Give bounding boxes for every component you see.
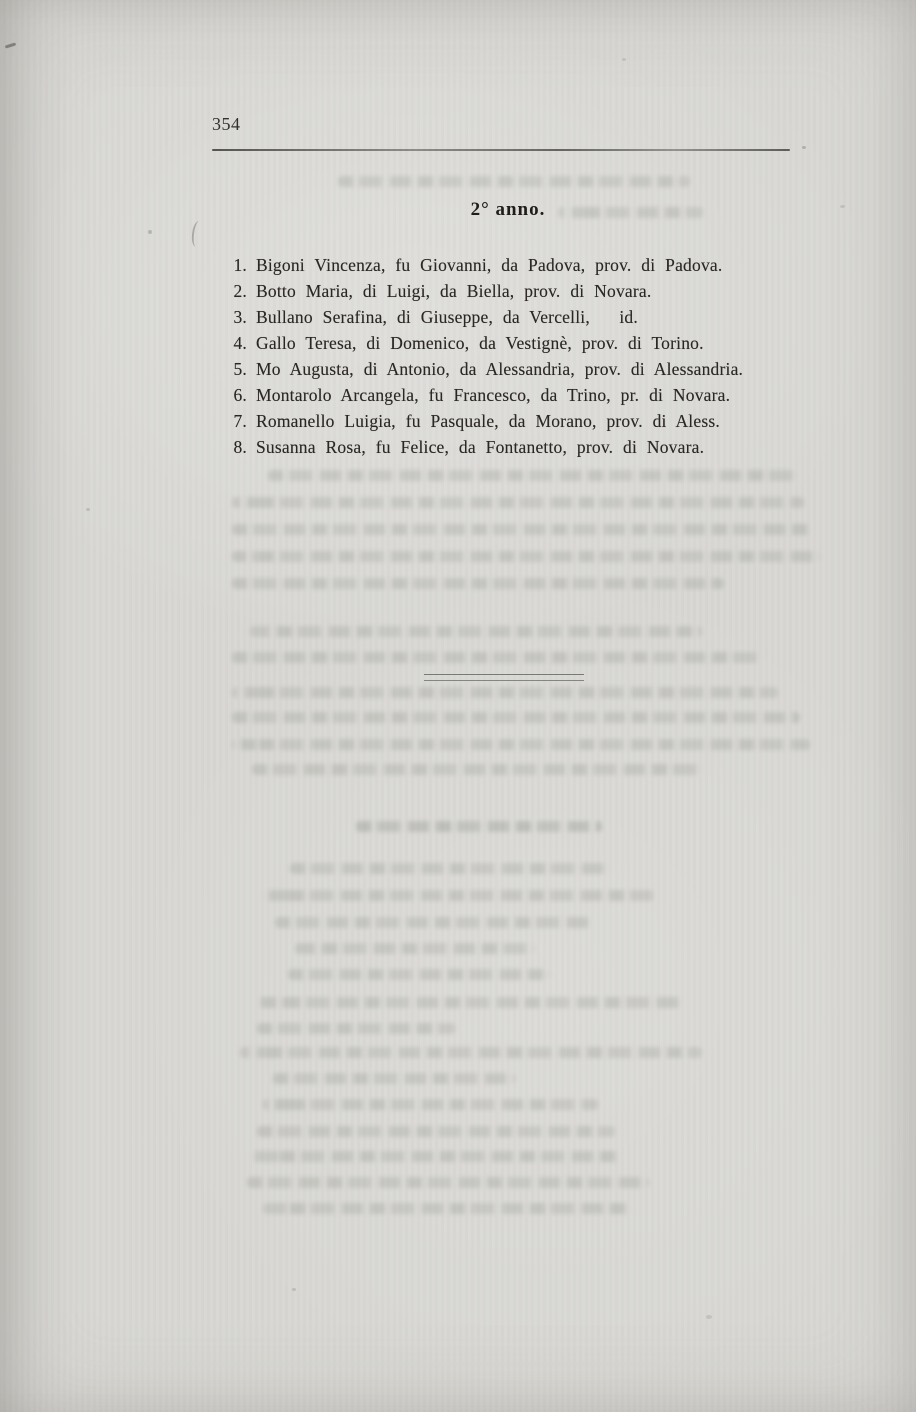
list-item-text: Susanna Rosa, fu Felice, da Fontanetto, … [256, 437, 704, 457]
list-item: 5.Mo Augusta, di Antonio, da Alessandria… [212, 356, 812, 382]
list-item-number: 7. [212, 408, 247, 434]
bleedthrough-line [268, 470, 798, 481]
bleedthrough-line [232, 551, 820, 562]
list-item: 7.Romanello Luigia, fu Pasquale, da Mora… [212, 408, 812, 434]
list-item-number: 4. [212, 330, 247, 356]
header-rule [212, 149, 790, 151]
list-item: 6.Montarolo Arcangela, fu Francesco, da … [212, 382, 812, 408]
bleedthrough-line [232, 687, 778, 698]
bleedthrough-line [263, 1099, 598, 1110]
list-item-number: 3. [212, 304, 247, 330]
bleedthrough-line [257, 1023, 455, 1034]
list-item-text: Gallo Teresa, di Domenico, da Vestignè, … [256, 333, 704, 353]
bleedthrough-line [250, 626, 702, 637]
list-item: 8.Susanna Rosa, fu Felice, da Fontanetto… [212, 434, 812, 460]
scan-speck [148, 230, 152, 234]
bleedthrough-line [262, 890, 654, 901]
bleedthrough-line [290, 863, 610, 874]
bleedthrough-line [338, 176, 690, 187]
bleedthrough-line [240, 1047, 702, 1058]
scan-speck [5, 42, 16, 48]
list-item-text: Bullano Serafina, di Giuseppe, da Vercel… [256, 307, 638, 327]
bleedthrough-line [295, 943, 535, 954]
bleedthrough-line [232, 652, 760, 663]
list-item-number: 5. [212, 356, 247, 382]
list-item-number: 2. [212, 278, 247, 304]
list-item: 4.Gallo Teresa, di Domenico, da Vestignè… [212, 330, 812, 356]
list-item-text: Botto Maria, di Luigi, da Biella, prov. … [256, 281, 651, 301]
bleedthrough-line [253, 1151, 619, 1162]
bleedthrough-line [258, 997, 682, 1008]
bleedthrough-line [263, 1203, 631, 1214]
bleedthrough-line [273, 1073, 515, 1084]
bleedthrough-line [232, 497, 804, 508]
bleedthrough-heading [356, 821, 602, 832]
bleedthrough-line [275, 917, 590, 928]
bleedthrough-line [232, 578, 724, 589]
list-item: 3.Bullano Serafina, di Giuseppe, da Verc… [212, 304, 812, 330]
list-item: 1.Bigoni Vincenza, fu Giovanni, da Padov… [212, 252, 812, 278]
scan-speck [706, 1315, 712, 1319]
section-separator-double-rule [424, 674, 584, 681]
bleedthrough-line [288, 969, 550, 980]
list-item: 2.Botto Maria, di Luigi, da Biella, prov… [212, 278, 812, 304]
scan-speck [86, 508, 90, 511]
list-item-text: Montarolo Arcangela, fu Francesco, da Tr… [256, 385, 730, 405]
scan-speck [802, 146, 806, 149]
bleedthrough-line [252, 764, 702, 775]
list-item-number: 8. [212, 434, 247, 460]
bleedthrough-line [247, 1177, 649, 1188]
scanned-book-page: 354 2° anno. 1.Bigoni Vincenza, fu Giova… [0, 0, 916, 1412]
list-item-text: Mo Augusta, di Antonio, da Alessandria, … [256, 359, 743, 379]
page-number: 354 [212, 114, 241, 135]
section-heading: 2° anno. [212, 199, 804, 221]
list-item-number: 6. [212, 382, 247, 408]
bleedthrough-line [257, 1126, 615, 1137]
bleedthrough-line [232, 524, 810, 535]
scan-speck [190, 220, 204, 247]
bleedthrough-line [232, 712, 800, 723]
list-item-text: Romanello Luigia, fu Pasquale, da Morano… [256, 411, 720, 431]
bleedthrough-line [232, 739, 810, 750]
list-item-number: 1. [212, 252, 247, 278]
list-item-text: Bigoni Vincenza, fu Giovanni, da Padova,… [256, 255, 722, 275]
scan-speck [840, 205, 845, 208]
scan-speck [622, 58, 626, 61]
scan-speck [292, 1288, 296, 1291]
